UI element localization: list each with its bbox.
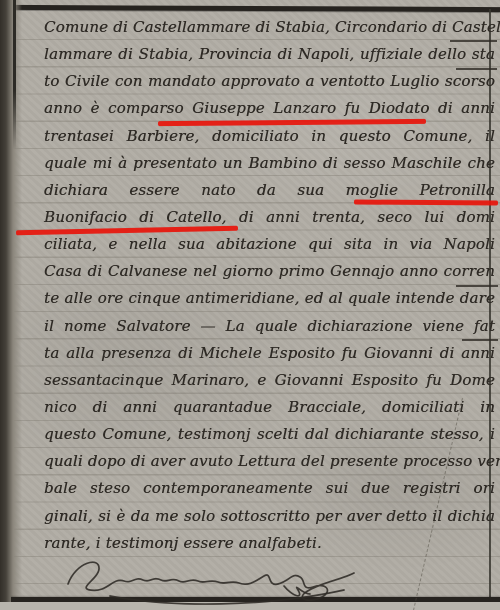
text-line-18: bale steso contemporaneamente sui due re… [44, 475, 495, 502]
text-line-4: anno è comparso Giuseppe Lanzaro fu Diod… [44, 95, 495, 122]
text-line-7: dichiara essere nato da sua moglie Petro… [44, 177, 495, 204]
text-line-13: ta alla presenza di Michele Esposito fu … [44, 340, 495, 367]
text-line-2: lammare di Stabia, Provincia di Napoli, … [44, 41, 495, 68]
text-line-6: quale mi à presentato un Bambino di sess… [44, 150, 495, 177]
text-line-20: rante, i testimonj essere analfabeti. [44, 530, 495, 557]
left-margin-line [13, 0, 16, 150]
handwritten-text-block: Comune di Castellammare di Stabia, Circo… [44, 14, 495, 557]
text-line-1: Comune di Castellammare di Stabia, Circo… [44, 14, 495, 41]
text-line-10: Casa di Calvanese nel giorno primo Genna… [44, 258, 495, 285]
text-line-16: questo Comune, testimonj scelti dal dich… [44, 421, 495, 448]
text-line-14: sessantacinque Marinaro, e Giovanni Espo… [44, 367, 495, 394]
page-top-border [11, 5, 500, 12]
text-line-5: trentasei Barbiere, domiciliato in quest… [44, 123, 495, 150]
text-line-19: ginali, si è da me solo sottoscritto per… [44, 503, 495, 530]
binding-shadow [0, 0, 22, 610]
text-line-3: to Civile con mandato approvato a ventot… [44, 68, 495, 95]
text-line-12: il nome Salvatore — La quale dichiarazio… [44, 313, 495, 340]
scanned-document-page: Comune di Castellammare di Stabia, Circo… [0, 0, 500, 610]
text-line-11: te alle ore cinque antimeridiane, ed al … [44, 285, 495, 312]
text-line-17: quali dopo di aver avuto Lettura del pre… [44, 448, 495, 475]
text-line-9: ciliata, e nella sua abitazione qui sita… [44, 231, 495, 258]
text-line-15: nico di anni quarantadue Bracciale, domi… [44, 394, 495, 421]
text-line-8: Buonifacio di Catello, di anni trenta, s… [44, 204, 495, 231]
page-bottom-strip [0, 602, 500, 610]
